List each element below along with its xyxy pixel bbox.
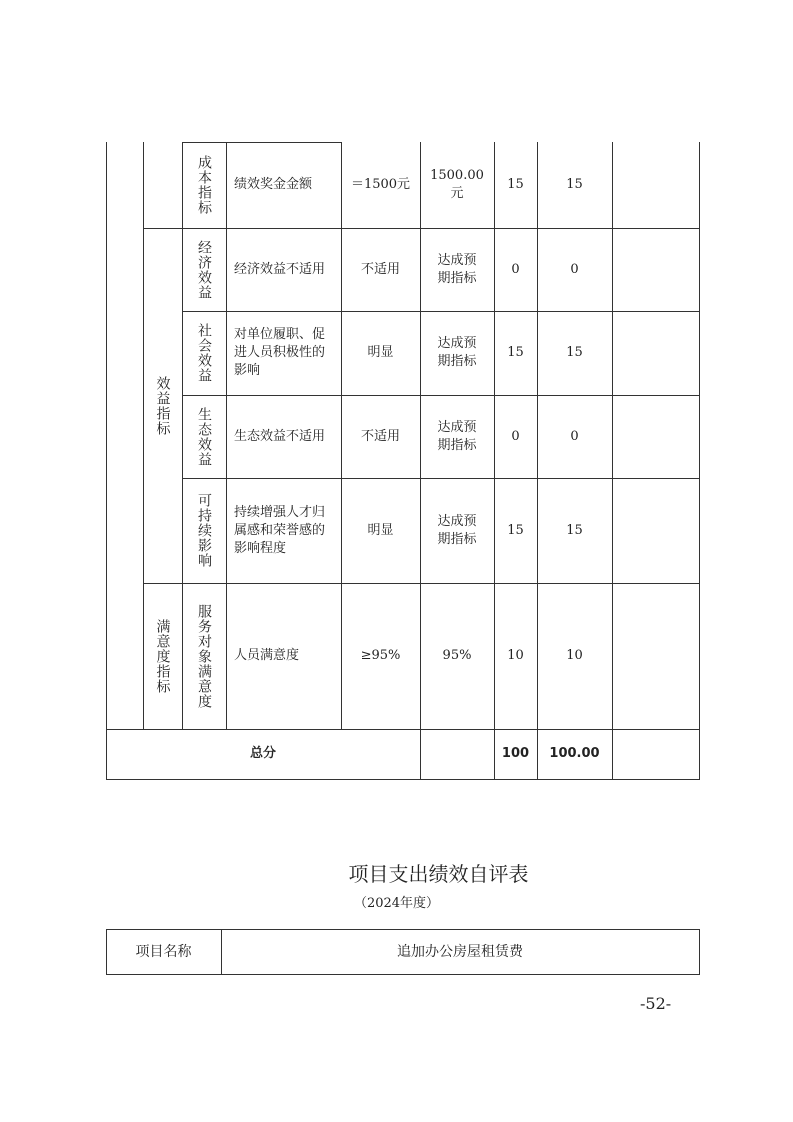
weight: 0 (494, 395, 537, 478)
total-score: 100.00 (537, 729, 612, 779)
table-border (699, 142, 700, 780)
sub-indicator: 经济效益 (182, 228, 226, 311)
weight: 0 (494, 228, 537, 311)
note (612, 142, 699, 228)
indicator: 经济效益不适用 (226, 228, 341, 311)
score: 15 (537, 142, 612, 228)
score: 0 (537, 395, 612, 478)
target-value: 明显 (341, 311, 420, 395)
indicator: 生态效益不适用 (226, 395, 341, 478)
actual-value: 达成预期指标 (420, 478, 494, 583)
actual-value: 1500.00元 (420, 142, 494, 228)
sub-indicator: 可持续影响 (182, 478, 226, 583)
score: 15 (537, 311, 612, 395)
indicator: 持续增强人才归属感和荣誉感的影响程度 (226, 478, 341, 583)
note (612, 478, 699, 583)
target-value: ≥95% (341, 583, 420, 729)
score: 15 (537, 478, 612, 583)
total-label: 总分 (106, 729, 420, 779)
indicator: 绩效奖金金额 (226, 142, 341, 228)
weight: 15 (494, 311, 537, 395)
actual-value: 达成预期指标 (420, 395, 494, 478)
group-satisfaction-label: 满意度指标 (143, 583, 182, 729)
score: 0 (537, 228, 612, 311)
sub-indicator: 社会效益 (182, 311, 226, 395)
sub-indicator: 成本指标 (182, 142, 226, 228)
weight: 15 (494, 142, 537, 228)
group-benefit-label: 效益指标 (143, 228, 182, 583)
actual-value: 达成预期指标 (420, 228, 494, 311)
form-title: 项目支出绩效自评表 (42, 858, 793, 887)
table-border (106, 779, 700, 780)
actual-value: 95% (420, 583, 494, 729)
sub-indicator: 服务对象满意度 (182, 583, 226, 729)
form-year: （2024年度） (354, 896, 439, 911)
indicator: 人员满意度 (226, 583, 341, 729)
project-name-value: 追加办公房屋租赁费 (221, 929, 699, 974)
form-subtitle: （2024年度） (0, 892, 793, 911)
note (612, 395, 699, 478)
note (612, 228, 699, 311)
note (612, 311, 699, 395)
sub-indicator: 生态效益 (182, 395, 226, 478)
weight: 15 (494, 478, 537, 583)
table-border (106, 974, 700, 975)
actual-value: 达成预期指标 (420, 311, 494, 395)
target-value: 明显 (341, 478, 420, 583)
score: 10 (537, 583, 612, 729)
table-border (699, 929, 700, 975)
note (612, 583, 699, 729)
weight: 10 (494, 583, 537, 729)
target-value: 不适用 (341, 395, 420, 478)
target-value: ＝1500元 (341, 142, 420, 228)
total-weight: 100 (494, 729, 537, 779)
project-name-label: 项目名称 (106, 929, 221, 974)
page-number: -52- (640, 994, 671, 1013)
indicator: 对单位履职、促进人员积极性的影响 (226, 311, 341, 395)
target-value: 不适用 (341, 228, 420, 311)
table-border (106, 142, 107, 780)
